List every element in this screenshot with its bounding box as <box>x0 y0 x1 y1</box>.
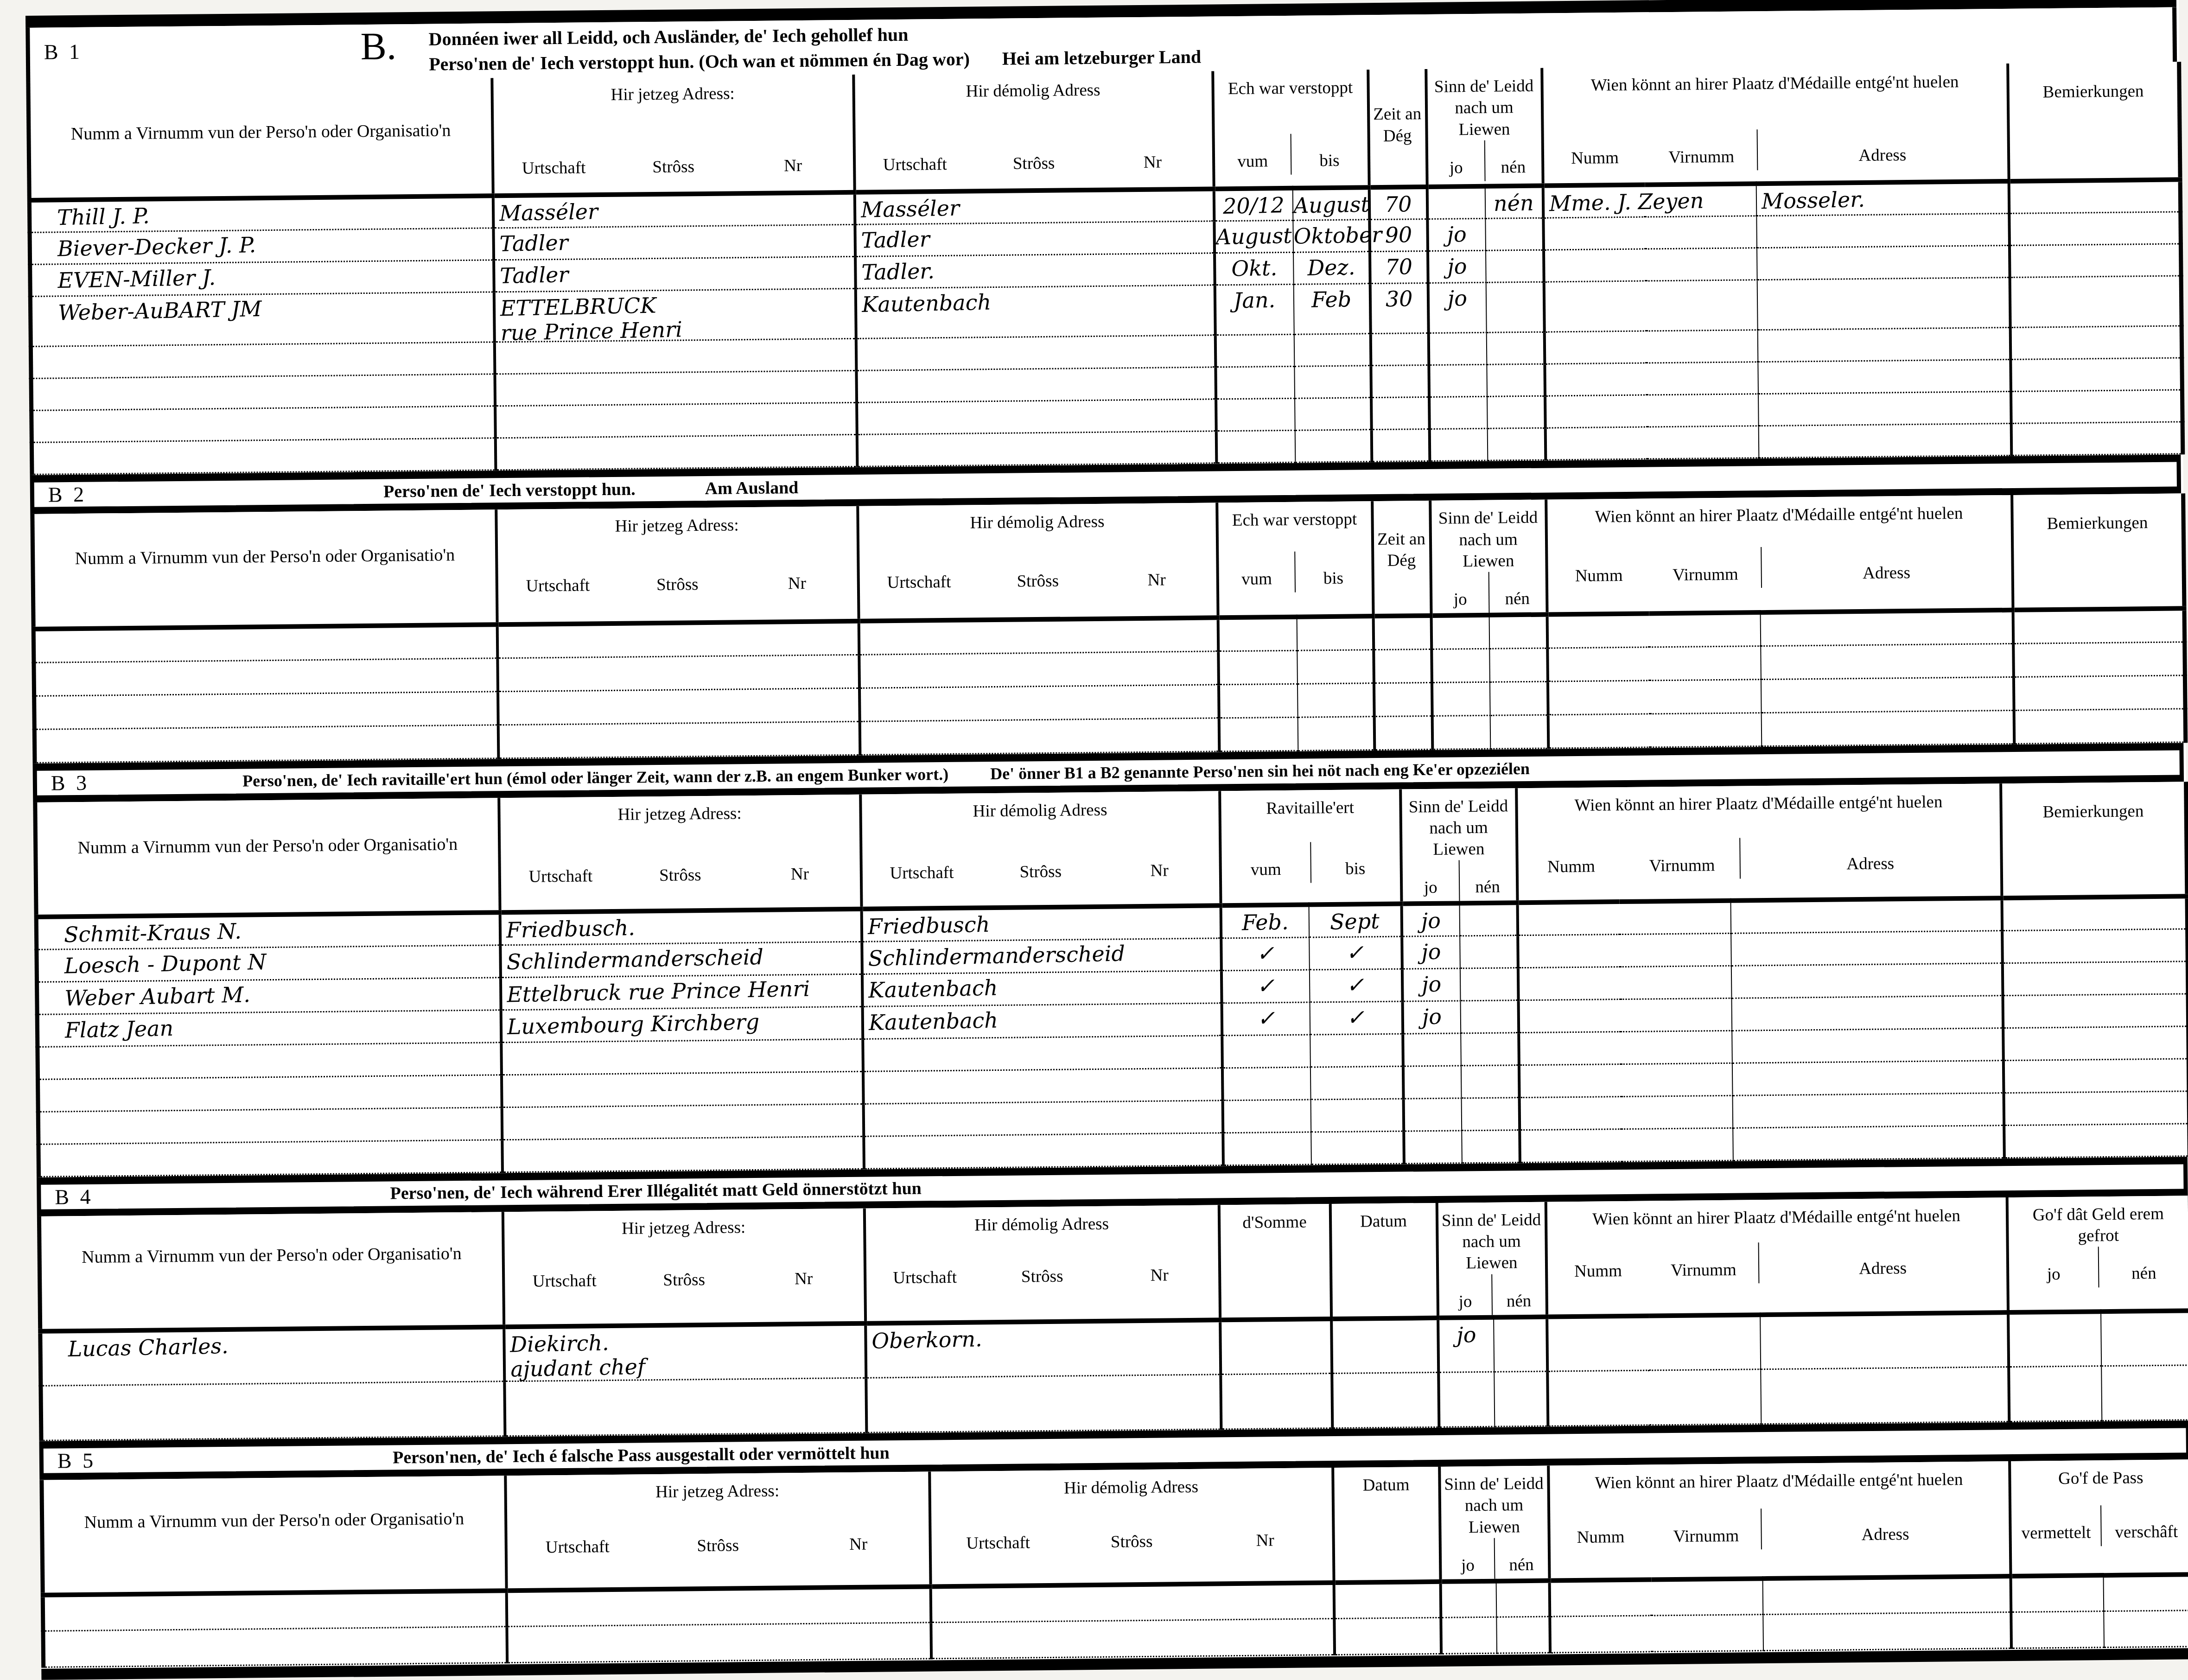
handwritten-entry: jo <box>1447 254 1467 279</box>
b5-header-wien: Wien könnt an hirer Plaatz d'Médaille en… <box>1548 1461 2010 1517</box>
b2-header-demolig: Hir démolig AdressUrtschaftStrôssNr <box>858 503 1218 621</box>
b2-cell-r3c11 <box>1761 677 2014 713</box>
b1-cell-r3c7: jo <box>1428 250 1486 283</box>
section-b4-title: Perso'nen, de' Iech während Erer Illégal… <box>390 1178 922 1204</box>
b4-cell-r2c2 <box>504 1378 866 1436</box>
b1-cell-r4c6: 30 <box>1370 283 1428 334</box>
b3-cell-r1c5: Sept <box>1309 904 1402 937</box>
b1-cell-r5c5 <box>1294 334 1371 367</box>
b1-cell-r4c2: ETTELBRUCKrue Prince Henri <box>494 288 856 342</box>
b1-cell-r1c2: Masséler <box>493 192 855 228</box>
b3-cell-r3c4: ✓ <box>1221 970 1310 1003</box>
handwritten-entry: jo <box>1422 1004 1442 1029</box>
b1-cell-r6c6 <box>1371 365 1429 398</box>
b3-cell-r6c3 <box>863 1068 1222 1104</box>
b3-body: Schmit-Kraus N.Friedbusch.FriedbuschFeb.… <box>36 897 2188 1177</box>
b3-cell-r4c7 <box>1460 1000 1519 1033</box>
b2-cell-r2c12 <box>2013 642 2185 677</box>
b2-cell-r3c9 <box>1547 680 1650 714</box>
b4-header-sinn: Sinn de' Leidd nach um Liewenjonén <box>1437 1202 1546 1317</box>
b1-cell-r8c3 <box>857 431 1216 466</box>
handwritten-entry: nén <box>1493 191 1534 216</box>
b1-cell-r4c8 <box>1486 282 1544 333</box>
b4-cell-r2c11 <box>2009 1366 2102 1422</box>
b1-cell-r1c3: Masséler <box>854 189 1214 224</box>
handwritten-entry: Ettelbruck rue Prince Henri <box>502 976 810 1007</box>
handwritten-entry: Kautenbach <box>857 290 991 317</box>
b3-cell-r3c10 <box>1731 963 2003 998</box>
handwritten-entry: Okt. <box>1231 255 1278 281</box>
handwritten-entry: ETTELBRUCKrue Prince Henri <box>495 293 682 345</box>
b4-cell-r2c5 <box>1332 1372 1439 1428</box>
b2-cell-r3c7 <box>1431 682 1490 716</box>
section-b2-subtitle: Am Ausland <box>705 477 798 499</box>
b3-cell-r8c4 <box>1223 1132 1311 1165</box>
b1-cell-r8c11 <box>1758 424 2011 458</box>
b1-cell-r2c12 <box>2009 211 2181 245</box>
b3-cell-r3c2: Ettelbruck rue Prince Henri <box>500 974 862 1010</box>
b1-cell-r7c12 <box>2011 390 2183 424</box>
b3-cell-r3c3: Kautenbach <box>862 971 1221 1006</box>
b1-cell-r4c5: Feb <box>1293 283 1370 334</box>
b1-header-name: Numm a Virnumm vun der Perso'n oder Orga… <box>28 78 493 200</box>
b5-header-pass: Go'f de Passvermetteltverschâft <box>2010 1459 2188 1517</box>
handwritten-entry: 30 <box>1385 286 1413 312</box>
b4-cell-r2c3 <box>866 1375 1221 1432</box>
b2-cell-r2c3 <box>859 651 1219 687</box>
b2-cell-r4c7 <box>1432 715 1490 749</box>
b3-cell-r1c4: Feb. <box>1221 905 1309 938</box>
handwritten-entry: Jan. <box>1234 287 1276 313</box>
b1-cell-r6c4 <box>1215 367 1295 400</box>
handwritten-entry: August <box>1216 223 1292 249</box>
b4-cell-r1c2: Diekirch.ajudant chef <box>504 1323 866 1381</box>
form-letter-b: B. <box>360 27 396 66</box>
b1-cell-r5c7 <box>1428 333 1487 365</box>
b1-cell-r7c7 <box>1429 397 1488 429</box>
b3-cell-r3c11 <box>2002 961 2188 996</box>
b3-cell-r3c5: ✓ <box>1309 969 1402 1002</box>
b3-header-row: Numm a Virnumm vun der Perso'n oder Orga… <box>35 782 2187 917</box>
handwritten-entry: Tadler <box>856 227 930 253</box>
b1-cell-r8c6 <box>1371 429 1430 462</box>
b1-cell-r8c12 <box>2011 422 2183 456</box>
b2-cell-r1c7 <box>1431 615 1489 649</box>
b2-cell-r2c7 <box>1431 649 1490 682</box>
b2-cell-r1c12 <box>2013 608 2185 643</box>
b3-cell-r3c8 <box>1518 967 1620 1000</box>
b1-cell-r2c2: Tadler <box>493 224 855 260</box>
b3-cell-r1c7 <box>1459 903 1518 935</box>
b2-header-name: Numm a Virnumm vun der Perso'n oder Orga… <box>32 510 497 629</box>
b4-cell-r2c4 <box>1221 1374 1332 1429</box>
b4-header-datum: Datum <box>1330 1203 1437 1319</box>
b3-cell-r4c8 <box>1518 999 1621 1032</box>
b4-header-row: Numm a Virnumm vun der Perso'n oder Orga… <box>39 1196 2188 1331</box>
b3-cell-r7c6 <box>1403 1098 1462 1131</box>
b1-cell-r5c12 <box>2010 326 2182 360</box>
b1-cell-r4c1: Weber-AuBART JM <box>30 292 494 346</box>
handwritten-entry: Kautenbach <box>864 1008 998 1035</box>
b3-cell-r2c8 <box>1518 934 1620 967</box>
handwritten-entry: ✓ <box>1257 974 1275 999</box>
b1-cell-r3c11 <box>1757 245 2010 280</box>
b3-cell-r4c4: ✓ <box>1221 1002 1310 1036</box>
b1-cell-r8c1 <box>32 438 496 475</box>
b3-cell-r8c10 <box>1733 1125 2004 1160</box>
handwritten-entry: jo <box>1421 909 1441 934</box>
b2-header-jetzeg: Hir jetzeg Adress:UrtschaftStrôssNr <box>496 506 859 624</box>
b1-cell-r2c4: August <box>1214 220 1293 253</box>
b1-cell-r4c12 <box>2010 275 2182 327</box>
b4-cell-r2c1 <box>41 1381 505 1441</box>
b2-cell-r4c6 <box>1374 716 1432 750</box>
handwritten-entry: Friedbusch <box>863 912 990 939</box>
b3-cell-r6c4 <box>1222 1067 1310 1101</box>
b3-cell-r6c1 <box>38 1075 502 1112</box>
handwritten-entry: Schmit-Kraus N. <box>59 919 242 948</box>
b2-header-wien: Wien könnt an hirer Plaatz d'Médaille en… <box>1546 495 2013 614</box>
b2-cell-r4c3 <box>859 718 1219 754</box>
b3-cell-r4c3: Kautenbach <box>862 1003 1222 1039</box>
b1-header-zeit: Zeit an Dég <box>1368 69 1427 187</box>
b4-cell-r1c8 <box>1547 1316 1649 1371</box>
handwritten-entry: ✓ <box>1256 941 1275 966</box>
handwritten-entry: Schlindermanderscheid <box>502 945 763 974</box>
b2-header-sinn: Sinn de' Leidd nach um Liewenjonén <box>1430 500 1547 616</box>
b1-cell-r7c8 <box>1487 396 1546 428</box>
b2-cell-r3c2 <box>498 688 860 725</box>
table-b2: Numm a Virnumm vun der Perso'n oder Orga… <box>30 494 2188 764</box>
b3-header-ravitailleert: Ravitaille'ertvumbis <box>1220 789 1401 905</box>
b1-cell-r3c5: Dez. <box>1293 251 1370 284</box>
b3-cell-r2c11 <box>2002 929 2188 963</box>
section-b5-title: Person'nen, de' Iech é falsche Pass ausg… <box>393 1443 890 1468</box>
b1-cell-r1c11: Mosseler. <box>1756 181 2009 216</box>
b1-cell-r7c3 <box>857 399 1216 434</box>
handwritten-entry: ✓ <box>1346 940 1364 965</box>
b2-cell-r2c11 <box>1761 643 2014 679</box>
handwritten-entry: Masséler <box>856 196 960 223</box>
b1-cell-r1c7 <box>1427 186 1485 219</box>
b3-cell-r7c11 <box>2004 1091 2188 1126</box>
b3-cell-r8c3 <box>864 1133 1223 1169</box>
b2-cell-r1c11 <box>1760 610 2013 646</box>
b2-cell-r2c9 <box>1547 647 1650 681</box>
b2-cell-r3c3 <box>859 684 1219 721</box>
b3-cell-r8c5 <box>1311 1131 1404 1165</box>
b2-cell-r1c5 <box>1297 616 1374 650</box>
b1-cell-r6c9 <box>1545 363 1647 396</box>
b3-cell-r4c5: ✓ <box>1310 1001 1403 1035</box>
section-id-b1: B 1 <box>44 39 83 64</box>
b3-cell-r5c11 <box>2003 1026 2188 1061</box>
b2-header-row: Numm a Virnumm vun der Perso'n oder Orga… <box>32 494 2184 629</box>
b1-cell-r6c3 <box>856 367 1216 402</box>
b3-cell-r7c7 <box>1461 1097 1520 1130</box>
b3-cell-r4c9 <box>1620 998 1732 1031</box>
b2-cell-r3c8 <box>1489 681 1548 715</box>
b4-cell-r2c6 <box>1438 1372 1495 1427</box>
b1-cell-r4c3: Kautenbach <box>855 285 1215 338</box>
b3-cell-r5c5 <box>1310 1034 1403 1067</box>
b3-cell-r2c6: jo <box>1402 936 1460 969</box>
scanned-form-sheet: B 1 B. Donnéen iwer all Leidd, och Auslä… <box>25 0 2188 1517</box>
b1-cell-r5c3 <box>856 335 1215 370</box>
b3-cell-r8c11 <box>2004 1124 2188 1158</box>
form-title-line2b: Hei am letzeburger Land <box>1002 46 1202 69</box>
b3-cell-r8c2 <box>502 1136 864 1172</box>
b1-cell-r3c12 <box>2010 243 2182 277</box>
b3-cell-r6c7 <box>1461 1065 1519 1098</box>
handwritten-entry: Friedbusch. <box>501 916 635 943</box>
b3-cell-r8c1 <box>38 1140 502 1177</box>
b3-cell-r2c2: Schlindermanderscheid <box>500 942 862 977</box>
handwritten-entry: Lucas Charles. <box>63 1334 229 1362</box>
b4-body: Lucas Charles.Diekirch.ajudant chefOberk… <box>40 1311 2188 1441</box>
b3-cell-r7c8 <box>1519 1096 1622 1130</box>
handwritten-entry: Sept <box>1330 909 1380 935</box>
handwritten-entry: Loesch - Dupont N <box>59 950 267 979</box>
table-b3: Numm a Virnumm vun der Perso'n oder Orga… <box>33 782 2188 1177</box>
b1-cell-r4c9 <box>1544 280 1646 332</box>
b3-header-jetzeg: Hir jetzeg Adress:UrtschaftStrôssNr <box>499 794 861 912</box>
b4-cell-r2c10 <box>1761 1367 2009 1424</box>
b4-cell-r1c1: Lucas Charles. <box>40 1327 504 1386</box>
b1-header-bemierkungen: Bemierkungen <box>2008 62 2180 181</box>
handwritten-entry: Weber Aubart M. <box>60 982 251 1011</box>
b1-cell-r2c1: Biever-Decker J. P. <box>30 228 494 264</box>
handwritten-entry: Dez. <box>1307 255 1355 280</box>
b2-cell-r3c5 <box>1297 683 1374 717</box>
b4-cell-r1c7 <box>1494 1317 1547 1372</box>
b2-header-verstoppt: Ech war verstopptvumbis <box>1217 501 1373 617</box>
handwritten-entry: jo <box>1447 286 1467 311</box>
b2-cell-r1c4 <box>1218 617 1297 651</box>
b1-cell-r1c12 <box>2009 179 2181 213</box>
handwritten-entry: Mosseler. <box>1756 187 1865 214</box>
b1-cell-r1c1: Thill J. P. <box>29 196 493 232</box>
handwritten-entry: Schlindermanderscheid <box>863 941 1125 971</box>
b2-cell-r3c10 <box>1649 679 1761 713</box>
b1-cell-r8c9 <box>1545 427 1647 460</box>
handwritten-entry: Oberkorn. <box>867 1327 982 1354</box>
b1-cell-r6c7 <box>1429 365 1487 397</box>
b3-cell-r6c8 <box>1519 1064 1621 1097</box>
b4-header-somme: d'Somme <box>1219 1204 1331 1320</box>
b4-cell-r1c6: jo <box>1438 1317 1494 1372</box>
b2-cell-r1c6 <box>1373 616 1431 649</box>
handwritten-entry: Tadler. <box>856 259 935 285</box>
handwritten-entry: Mme. J. Zeyen <box>1544 188 1704 216</box>
b1-cell-r7c4 <box>1216 399 1295 432</box>
b3-cell-r5c7 <box>1461 1032 1519 1065</box>
b2-cell-r3c12 <box>2013 675 2185 710</box>
b4-cell-r2c7 <box>1494 1371 1548 1426</box>
b3-cell-r3c9 <box>1620 966 1731 999</box>
b1-header-wien: Wien könnt an hirer Plaatz d'Médaille en… <box>1542 64 2009 186</box>
b1-cell-r3c9 <box>1544 248 1646 281</box>
b2-cell-r1c9 <box>1547 613 1649 648</box>
b1-cell-r1c9: Mme. J. Zeyen <box>1543 185 1645 217</box>
b3-cell-r3c6: jo <box>1402 968 1460 1001</box>
handwritten-entry: Tadler <box>495 262 568 288</box>
b1-cell-r1c4: 20/12 <box>1214 188 1293 221</box>
b3-cell-r6c5 <box>1310 1066 1403 1100</box>
b1-cell-r2c7: jo <box>1427 218 1486 251</box>
b2-body <box>33 608 2186 763</box>
b3-cell-r7c9 <box>1621 1095 1733 1129</box>
handwritten-entry: ✓ <box>1347 1005 1365 1030</box>
b1-cell-r5c8 <box>1486 332 1545 364</box>
b3-cell-r2c1: Loesch - Dupont N <box>37 945 501 982</box>
b1-cell-r4c7: jo <box>1428 282 1486 333</box>
b1-cell-r7c2 <box>495 403 857 438</box>
handwritten-entry: jo <box>1422 972 1442 997</box>
b1-cell-r7c1 <box>32 406 496 443</box>
section-id-b3: B 3 <box>51 770 90 795</box>
b1-cell-r5c4 <box>1215 335 1294 368</box>
b3-cell-r4c11 <box>2003 994 2188 1028</box>
handwritten-entry: Diekirch.ajudant chef <box>505 1330 645 1381</box>
b2-cell-r2c4 <box>1218 650 1298 685</box>
b1-cell-r8c7 <box>1429 429 1488 461</box>
b4-cell-r2c9 <box>1649 1369 1761 1425</box>
b3-cell-r2c4: ✓ <box>1221 937 1310 971</box>
b1-cell-r1c6: 70 <box>1369 187 1427 219</box>
b3-cell-r2c10 <box>1731 930 2003 966</box>
b3-cell-r8c7 <box>1462 1130 1520 1163</box>
b3-cell-r7c10 <box>1732 1093 2004 1128</box>
b4-cell-r1c11 <box>2008 1311 2101 1367</box>
table-b4: Numm a Virnumm vun der Perso'n oder Orga… <box>37 1196 2188 1441</box>
b1-cell-r3c3: Tadler. <box>855 253 1215 288</box>
b3-cell-r1c3: Friedbusch <box>861 906 1221 942</box>
b2-cell-r2c6 <box>1374 649 1432 683</box>
b1-cell-r7c10 <box>1647 394 1759 427</box>
handwritten-entry: Oktober <box>1293 222 1382 248</box>
b4-cell-r1c12 <box>2101 1311 2188 1366</box>
b2-cell-r2c1 <box>34 658 498 696</box>
handwritten-entry: Feb. <box>1242 910 1289 935</box>
handwritten-entry: Thill J. P. <box>52 204 150 230</box>
handwritten-entry: August <box>1293 192 1369 218</box>
handwritten-entry: 90 <box>1385 223 1412 248</box>
b3-cell-r5c3 <box>863 1036 1222 1071</box>
b1-cell-r3c10 <box>1646 248 1757 280</box>
handwritten-entry: ✓ <box>1257 1006 1276 1031</box>
b4-cell-r2c12 <box>2101 1365 2188 1421</box>
b3-cell-r2c5: ✓ <box>1309 936 1402 970</box>
b2-cell-r1c3 <box>859 617 1218 654</box>
b5-header-demolig: Hir démolig AdressUrtschaftStrôssNr <box>929 1468 1334 1517</box>
b3-cell-r1c11 <box>2002 897 2188 931</box>
b2-cell-r4c12 <box>2014 708 2186 744</box>
handwritten-entry: Masséler <box>494 199 598 226</box>
b3-cell-r1c2: Friedbusch. <box>500 909 862 945</box>
b1-cell-r6c2 <box>495 371 857 406</box>
b2-cell-r3c6 <box>1374 682 1432 716</box>
handwritten-entry: jo <box>1447 222 1467 247</box>
section-b2-title: Perso'nen de' Iech verstoppt hun. <box>383 479 636 502</box>
b3-cell-r5c9 <box>1621 1031 1732 1064</box>
b3-cell-r5c10 <box>1732 1028 2004 1063</box>
b2-cell-r2c5 <box>1297 649 1374 684</box>
b3-cell-r1c9 <box>1619 901 1731 934</box>
b1-cell-r3c8 <box>1486 250 1544 282</box>
b3-cell-r4c2: Luxembourg Kirchberg <box>501 1006 863 1042</box>
b2-cell-r4c10 <box>1650 713 1762 747</box>
b2-cell-r1c10 <box>1649 612 1761 647</box>
b1-cell-r3c4: Okt. <box>1215 252 1294 285</box>
b1-header-verstoppt: Ech war verstopptvumbis <box>1213 70 1369 189</box>
b5-header-sinn: Sinn de' Leidd nach um Liewenjonén <box>1439 1466 1549 1517</box>
b2-cell-r4c5 <box>1298 716 1374 751</box>
b3-cell-r5c1 <box>38 1043 502 1080</box>
b1-cell-r3c1: EVEN-Miller J. <box>30 260 494 296</box>
b3-cell-r7c4 <box>1222 1100 1311 1133</box>
handwritten-entry: EVEN-Miller J. <box>53 265 216 293</box>
b3-cell-r1c1: Schmit-Kraus N. <box>36 913 500 950</box>
b4-header-geld: Go'f dât Geld erem gefrotjonén <box>2007 1196 2188 1312</box>
b3-cell-r6c2 <box>501 1071 863 1107</box>
b2-cell-r3c1 <box>34 691 498 729</box>
b3-header-wien: Wien könnt an hirer Plaatz d'Médaille en… <box>1516 783 2002 903</box>
b3-cell-r5c8 <box>1519 1031 1621 1065</box>
b1-header-jetzeg: Hir jetzeg Adress:UrtschaftStrôssNr <box>492 75 854 196</box>
b1-cell-r2c9 <box>1543 216 1646 249</box>
b3-cell-r6c10 <box>1732 1060 2004 1095</box>
b4-header-demolig: Hir démolig AdressUrtschaftStrôssNr <box>864 1205 1220 1323</box>
b2-cell-r1c8 <box>1489 615 1547 649</box>
b2-cell-r2c10 <box>1649 646 1761 680</box>
b3-cell-r2c3: Schlindermanderscheid <box>862 938 1221 974</box>
b5-header-name: Numm a Virnumm vun der Perso'n oder Orga… <box>42 1476 506 1517</box>
b1-body: Thill J. P.MassélerMasséler20/12August70… <box>29 179 2183 474</box>
b1-cell-r1c5: August <box>1292 187 1369 220</box>
b4-cell-r1c10 <box>1760 1312 2009 1369</box>
b1-cell-r7c5 <box>1295 398 1372 431</box>
b1-cell-r4c4: Jan. <box>1215 284 1294 335</box>
handwritten-entry: jo <box>1456 1322 1476 1347</box>
b1-header-row: Numm a Virnumm vun der Perso'n oder Orga… <box>28 62 2180 200</box>
b3-header-demolig: Hir démolig AdressUrtschaftStrôssNr <box>860 791 1221 909</box>
b1-cell-r2c8 <box>1485 218 1544 250</box>
form-title-lines: Donnéen iwer all Leidd, och Ausländer, d… <box>428 19 1201 77</box>
b4-cell-r1c9 <box>1649 1315 1761 1370</box>
b3-cell-r8c6 <box>1404 1131 1462 1164</box>
b3-cell-r1c8 <box>1517 902 1620 935</box>
b3-cell-r3c1: Weber Aubart M. <box>37 978 501 1015</box>
b1-cell-r8c10 <box>1647 426 1759 459</box>
b2-header-zeit: Zeit an Dég <box>1372 501 1431 616</box>
b1-cell-r8c2 <box>495 435 857 470</box>
b3-cell-r6c6 <box>1403 1066 1461 1099</box>
b1-cell-r5c1 <box>31 342 495 379</box>
b2-cell-r4c1 <box>34 725 498 763</box>
handwritten-entry: ✓ <box>1346 973 1365 998</box>
b1-cell-r7c11 <box>1758 392 2011 426</box>
handwritten-entry: Biever-Decker J. P. <box>52 232 256 261</box>
handwritten-entry: Feb <box>1311 287 1351 312</box>
b3-cell-r2c7 <box>1460 935 1518 968</box>
b1-cell-r5c6 <box>1370 333 1429 366</box>
b2-cell-r1c2 <box>497 621 859 658</box>
b3-cell-r1c6: jo <box>1401 904 1460 936</box>
b4-cell-r1c5 <box>1331 1317 1438 1373</box>
b1-cell-r8c5 <box>1295 430 1372 463</box>
b1-cell-r4c10 <box>1646 280 1757 331</box>
